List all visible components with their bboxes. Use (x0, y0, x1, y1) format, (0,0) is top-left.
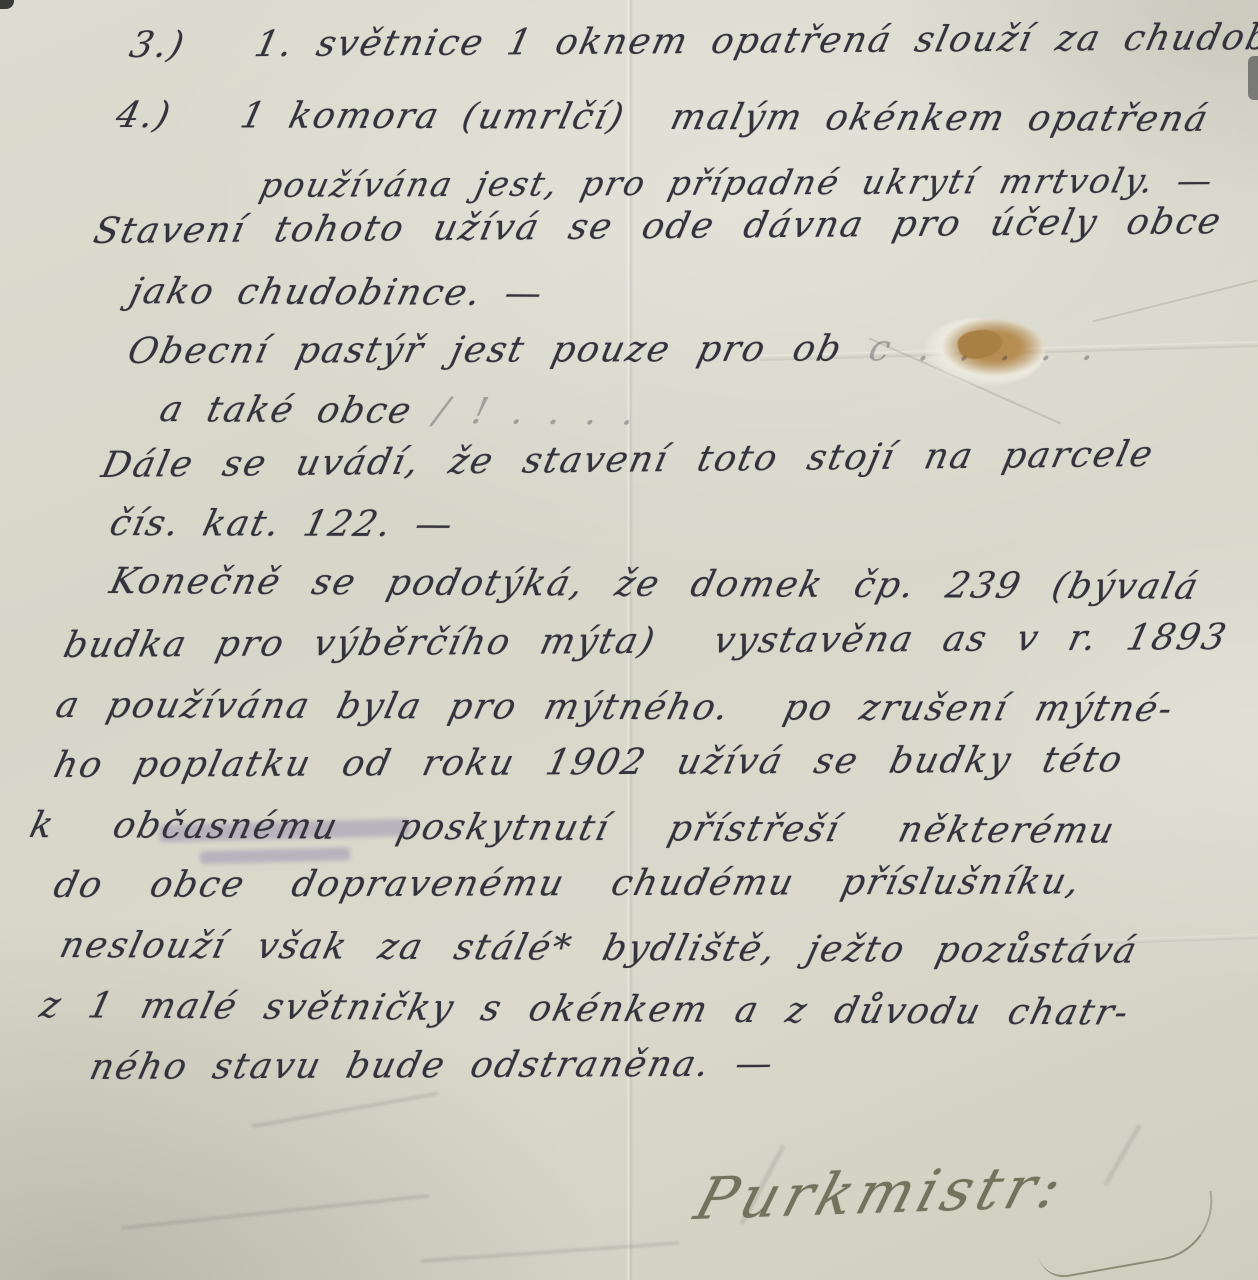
handwritten-line: Konečně se podotýká, že domek čp. 239 (b… (106, 562, 1203, 607)
handwritten-line: 3.) 1. světnice 1 oknem opatřená slouží … (126, 17, 1258, 65)
ghost-writing (1103, 1123, 1142, 1186)
handwritten-line: do obce dopravenému chudému příslušníku, (50, 862, 1085, 905)
handwritten-text: a také obce (156, 389, 417, 432)
handwritten-line: jako chudobince. — (126, 272, 548, 314)
paper-edge-mark (1248, 56, 1258, 100)
paper-corner-mark (0, 0, 14, 9)
handwritten-text: Obecní pastýř jest pouze pro ob (124, 329, 847, 372)
scanned-letter-page: 3.) 1. světnice 1 oknem opatřená slouží … (0, 0, 1258, 1280)
handwritten-line: k občasnému poskytnutí přístřeší některé… (26, 806, 1120, 851)
faded-handwriting: c . . . . . (838, 328, 1102, 370)
handwritten-line: Obecní pastýř jest pouze pro ob c . . . … (124, 329, 1101, 372)
handwritten-line: a používána byla pro mýtného. po zrušení… (52, 686, 1178, 729)
handwritten-line: a také obce / ! . . . . (156, 390, 641, 433)
handwritten-line: ho poplatku od roku 1902 užívá se budky … (50, 740, 1128, 785)
handwritten-line: čís. kat. 122. — (106, 504, 458, 545)
handwritten-line: používána jest, pro případné ukrytí mrtv… (256, 163, 1217, 205)
handwritten-line: Dále se uvádí, že stavení toto stojí na … (98, 435, 1158, 486)
stamp-bleed-line (200, 847, 350, 864)
handwritten-line: budka pro výběrčího mýta) vystavěna as v… (60, 618, 1231, 666)
handwritten-line: Stavení tohoto užívá se ode dávna pro úč… (90, 202, 1226, 251)
ghost-writing (251, 1092, 439, 1129)
handwritten-line: z 1 malé světničky s okénkem a z důvodu … (36, 986, 1134, 1033)
ghost-writing (121, 1194, 430, 1230)
faded-handwriting: / ! . . . . (407, 391, 641, 434)
signature-purkmistr: Purkmistr: (688, 1155, 1074, 1231)
handwritten-line: neslouží však za stálé* bydliště, ježto … (56, 926, 1142, 971)
paper-wrinkle (1092, 279, 1257, 322)
handwritten-line: 4.) 1 komora (umrlčí) malým okénkem opat… (112, 96, 1213, 139)
signature-flourish (1032, 1191, 1222, 1280)
handwritten-line: ného stavu bude odstraněna. — (86, 1044, 778, 1087)
ghost-writing (420, 1241, 680, 1263)
